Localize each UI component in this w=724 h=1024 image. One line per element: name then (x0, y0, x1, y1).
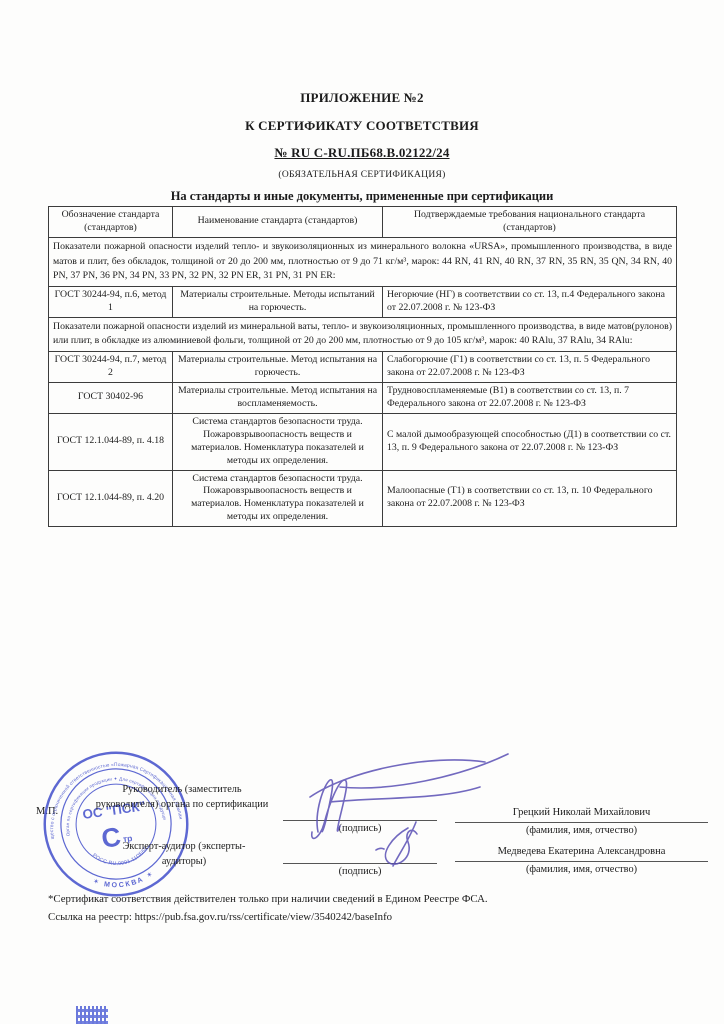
registry-link-line: Ссылка на реестр: https://pub.fsa.gov.ru… (48, 909, 676, 926)
svg-text:✶ МОСКВА ✶: ✶ МОСКВА ✶ (91, 869, 157, 894)
standard-name: Материалы строительные. Метод испытания … (173, 352, 383, 383)
standard-name: Материалы строительные. Метод испытания … (173, 382, 383, 413)
confirmed-requirement: С малой дымообразующей способностью (Д1)… (383, 413, 677, 470)
standard-designation: ГОСТ 12.1.044-89, п. 4.20 (49, 470, 173, 527)
head-of-body-name: Грецкий Николай Михайлович (455, 807, 708, 818)
col-header-requirements: Подтверждаемые требования национального … (383, 207, 677, 238)
confirmed-requirement: Слабогорючие (Г1) в соответствии со ст. … (383, 352, 677, 383)
name-line-head (455, 822, 708, 823)
table-row: Показатели пожарной опасности изделий из… (49, 317, 677, 351)
standard-designation: ГОСТ 12.1.044-89, п. 4.18 (49, 413, 173, 470)
expert-auditor-name: Медведева Екатерина Александровна (455, 846, 708, 857)
standard-designation: ГОСТ 30402-96 (49, 382, 173, 413)
standard-designation: ГОСТ 30244-94, п.6, метод 1 (49, 286, 173, 317)
barcode-fragment (76, 1006, 108, 1024)
standard-designation: ГОСТ 30244-94, п.7, метод 2 (49, 352, 173, 383)
table-row: ГОСТ 12.1.044-89, п. 4.20 Система станда… (49, 470, 677, 527)
certificate-number: № RU C-RU.ПБ68.В.02122/24 (0, 145, 724, 161)
stamp-graphic: Общество с ограниченной ответственностью… (30, 738, 202, 910)
table-row: ГОСТ 30244-94, п.7, метод 2 Материалы ст… (49, 352, 677, 383)
confirmed-requirement: Негорючие (НГ) в соответствии со ст. 13,… (383, 286, 677, 317)
stamp-city-text: ✶ МОСКВА ✶ (91, 869, 157, 894)
expert-auditor-role-label: Эксперт-аудитор (эксперты-аудиторы) (105, 840, 263, 870)
certification-body-stamp: Общество с ограниченной ответственностью… (30, 738, 202, 910)
head-of-body-role-label: Руководитель (заместитель руководителя) … (92, 783, 272, 813)
confirmed-requirement: Трудновоспламеняемые (В1) в соответствии… (383, 382, 677, 413)
product-description-ursa: Показатели пожарной опасности изделий те… (49, 237, 677, 286)
certificate-title: К СЕРТИФИКАТУ СООТВЕТСТВИЯ (0, 118, 724, 134)
name-caption-head: (фамилия, имя, отчество) (455, 825, 708, 836)
table-row: ГОСТ 30402-96 Материалы строительные. Ме… (49, 382, 677, 413)
standards-table: Обозначение стандарта (стандартов) Наиме… (48, 206, 677, 527)
product-description-ralu: Показатели пожарной опасности изделий из… (49, 317, 677, 351)
certification-kind: (ОБЯЗАТЕЛЬНАЯ СЕРТИФИКАЦИЯ) (0, 170, 724, 180)
col-header-designation: Обозначение стандарта (стандартов) (49, 207, 173, 238)
appendix-title: ПРИЛОЖЕНИЕ №2 (0, 90, 724, 106)
table-header-row: Обозначение стандарта (стандартов) Наиме… (49, 207, 677, 238)
standard-name: Материалы строительные. Методы испытаний… (173, 286, 383, 317)
table-row: ГОСТ 12.1.044-89, п. 4.18 Система станда… (49, 413, 677, 470)
validity-note: *Сертификат соответствия действителен то… (48, 891, 676, 908)
table-caption: На стандарты и иные документы, примененн… (0, 189, 724, 204)
certificate-page: ПРИЛОЖЕНИЕ №2 К СЕРТИФИКАТУ СООТВЕТСТВИЯ… (0, 0, 724, 1024)
name-line-expert (455, 861, 708, 862)
table-row: ГОСТ 30244-94, п.6, метод 1 Материалы ст… (49, 286, 677, 317)
standard-name: Система стандартов безопасности труда. П… (173, 470, 383, 527)
confirmed-requirement: Малоопасные (Т1) в соответствии со ст. 1… (383, 470, 677, 527)
col-header-name: Наименование стандарта (стандартов) (173, 207, 383, 238)
name-caption-expert: (фамилия, имя, отчество) (455, 864, 708, 875)
table-row: Показатели пожарной опасности изделий те… (49, 237, 677, 286)
standard-name: Система стандартов безопасности труда. П… (173, 413, 383, 470)
